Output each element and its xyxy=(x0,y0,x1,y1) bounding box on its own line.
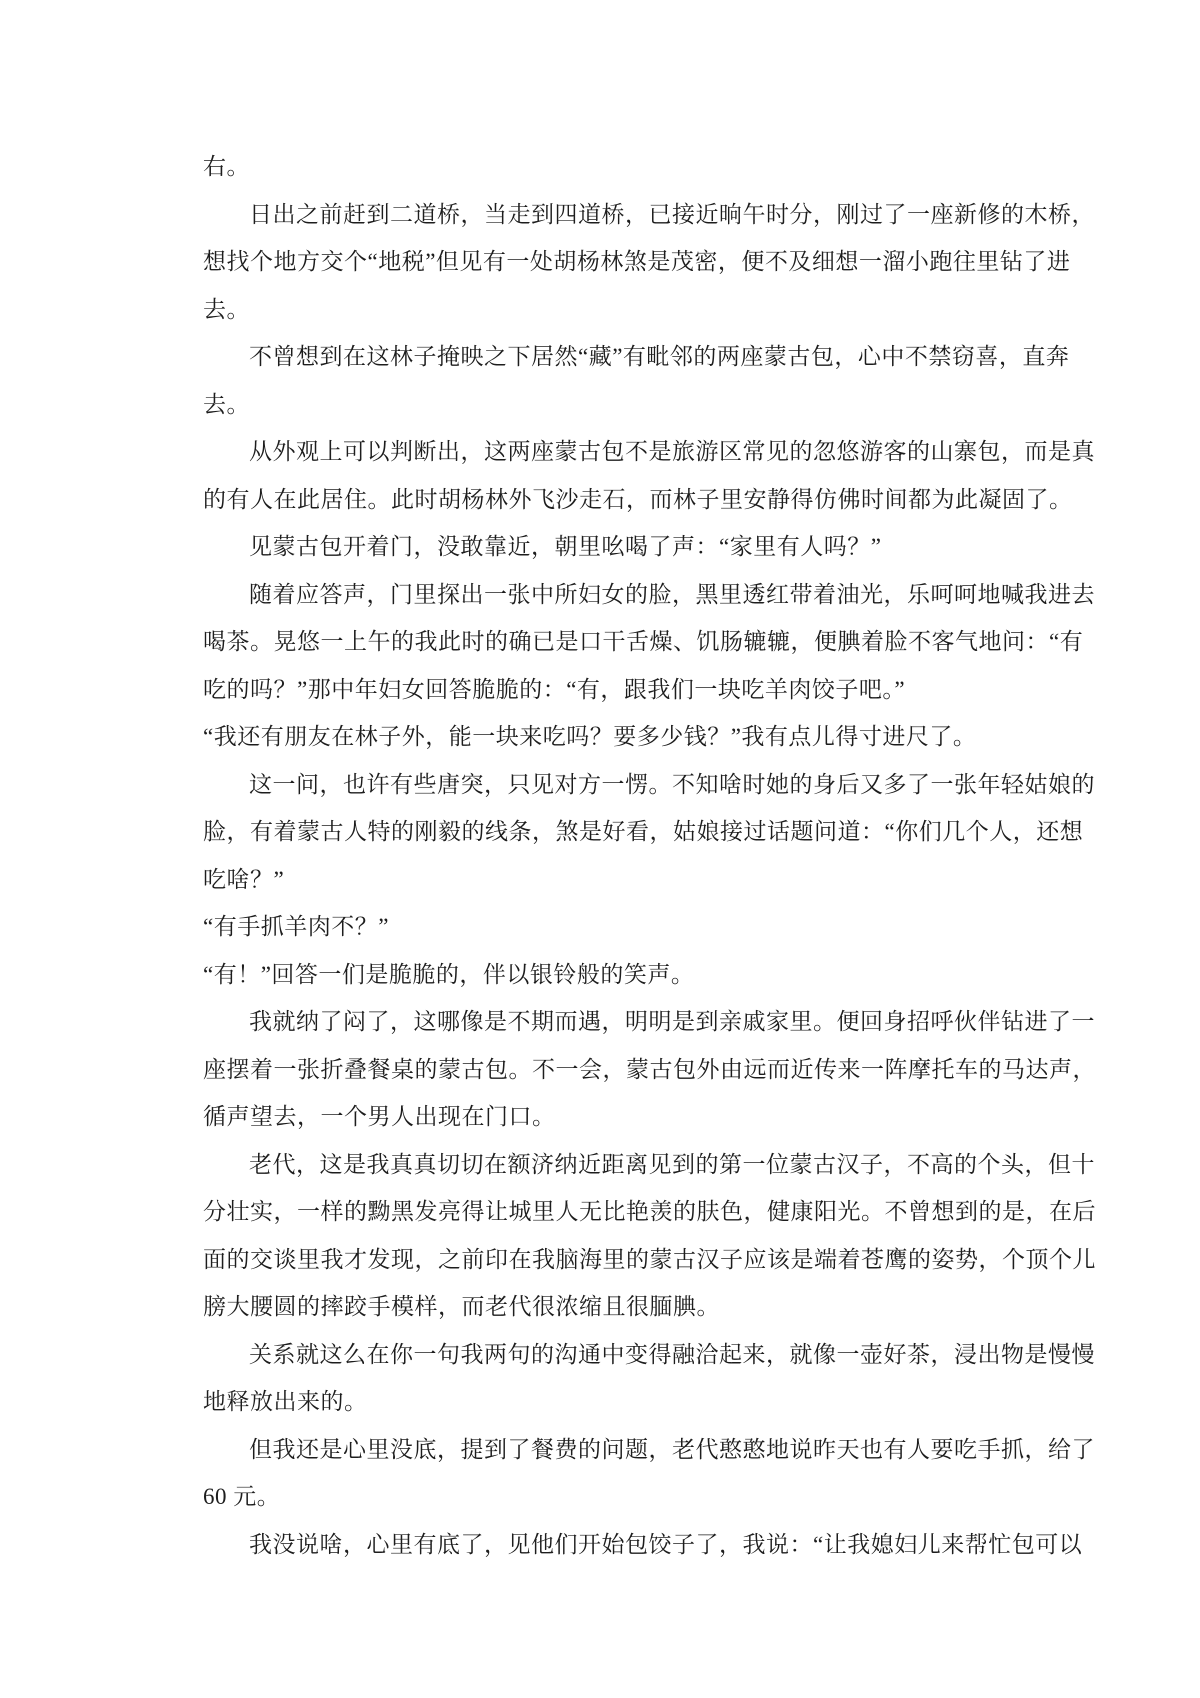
document-page: 右。日出之前赶到二道桥，当走到四道桥，已接近晌午时分，刚过了一座新修的木桥，想找… xyxy=(0,0,1200,1698)
text-line: 喝茶。晃悠一上午的我此时的确已是口干舌燥、饥肠辘辘，便腆着脸不客气地问：“有 xyxy=(203,618,1015,666)
text-line: 从外观上可以判断出，这两座蒙古包不是旅游区常见的忽悠游客的山寨包，而是真 xyxy=(203,428,1015,476)
text-line: 见蒙古包开着门，没敢靠近，朝里吆喝了声：“家里有人吗？” xyxy=(203,523,1015,571)
text-line: 地释放出来的。 xyxy=(203,1378,1015,1426)
text-line: 的有人在此居住。此时胡杨林外飞沙走石，而林子里安静得仿佛时间都为此凝固了。 xyxy=(203,476,1015,524)
text-line: 60 元。 xyxy=(203,1473,1015,1521)
text-line: 关系就这么在你一句我两句的沟通中变得融洽起来，就像一壶好茶，浸出物是慢慢 xyxy=(203,1331,1015,1379)
text-line: 我没说啥，心里有底了，见他们开始包饺子了，我说：“让我媳妇儿来帮忙包可以 xyxy=(203,1521,1015,1569)
text-line: 循声望去，一个男人出现在门口。 xyxy=(203,1093,1015,1141)
text-line: “我还有朋友在林子外，能一块来吃吗？要多少钱？”我有点儿得寸进尺了。 xyxy=(203,713,1015,761)
text-line: 日出之前赶到二道桥，当走到四道桥，已接近晌午时分，刚过了一座新修的木桥， xyxy=(203,191,1015,239)
text-line: 膀大腰圆的摔跤手模样，而老代很浓缩且很腼腆。 xyxy=(203,1283,1015,1331)
text-line: 脸，有着蒙古人特的刚毅的线条，煞是好看，姑娘接过话题问道：“你们几个人，还想 xyxy=(203,808,1015,856)
text-line: 随着应答声，门里探出一张中所妇女的脸，黑里透红带着油光，乐呵呵地喊我进去 xyxy=(203,571,1015,619)
text-line: “有！”回答一们是脆脆的，伴以银铃般的笑声。 xyxy=(203,951,1015,999)
text-line: 去。 xyxy=(203,286,1015,334)
text-line: 右。 xyxy=(203,143,1015,191)
text-line: 吃啥？” xyxy=(203,856,1015,904)
text-line: 去。 xyxy=(203,381,1015,429)
text-line: 老代，这是我真真切切在额济纳近距离见到的第一位蒙古汉子，不高的个头，但十 xyxy=(203,1141,1015,1189)
text-line: 想找个地方交个“地税”但见有一处胡杨林煞是茂密，便不及细想一溜小跑往里钻了进 xyxy=(203,238,1015,286)
text-line: 我就纳了闷了，这哪像是不期而遇，明明是到亲戚家里。便回身招呼伙伴钻进了一 xyxy=(203,998,1015,1046)
text-line: 这一问，也许有些唐突，只见对方一愣。不知啥时她的身后又多了一张年轻姑娘的 xyxy=(203,761,1015,809)
text-line: 分壮实，一样的黝黑发亮得让城里人无比艳羡的肤色，健康阳光。不曾想到的是，在后 xyxy=(203,1188,1015,1236)
text-line: “有手抓羊肉不？” xyxy=(203,903,1015,951)
text-line: 座摆着一张折叠餐桌的蒙古包。不一会，蒙古包外由远而近传来一阵摩托车的马达声， xyxy=(203,1046,1015,1094)
text-line: 但我还是心里没底，提到了餐费的问题，老代憨憨地说昨天也有人要吃手抓，给了 xyxy=(203,1426,1015,1474)
text-line: 不曾想到在这林子掩映之下居然“藏”有毗邻的两座蒙古包，心中不禁窃喜，直奔 xyxy=(203,333,1015,381)
text-line: 吃的吗？”那中年妇女回答脆脆的：“有，跟我们一块吃羊肉饺子吧。” xyxy=(203,666,1015,714)
body-text: 右。日出之前赶到二道桥，当走到四道桥，已接近晌午时分，刚过了一座新修的木桥，想找… xyxy=(203,143,1015,1568)
text-line: 面的交谈里我才发现，之前印在我脑海里的蒙古汉子应该是端着苍鹰的姿势，个顶个儿 xyxy=(203,1236,1015,1284)
